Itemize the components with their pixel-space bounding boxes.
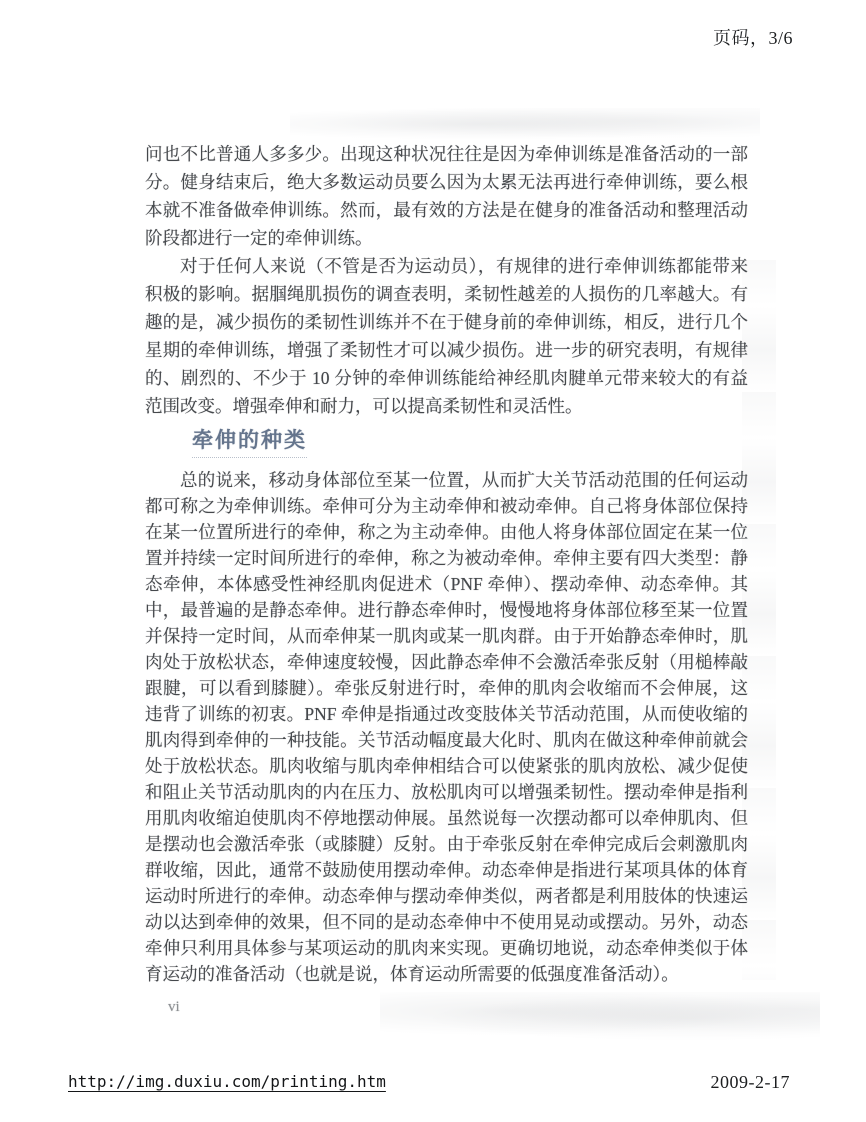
- text-line: 积极的影响。据腘绳肌损伤的调查表明，柔韧性越差的人损伤的几率越大。有: [145, 280, 748, 308]
- scan-artifact: [290, 108, 760, 140]
- text-line: 违背了训练的初衷。PNF 牵伸是指通过改变肢体关节活动范围，从而使收缩的: [145, 701, 748, 727]
- text-line: 对于任何人来说（不管是否为运动员），有规律的进行牵伸训练都能带来: [145, 252, 748, 280]
- section-heading-text: 牵伸的种类: [192, 425, 307, 458]
- text-line: 肌肉得到牵伸的一种技能。关节活动幅度最大化时、肌肉在做这种牵伸前就会: [145, 727, 748, 753]
- text-line: 并保持一定时间，从而牵伸某一肌肉或某一肌肉群。由于开始静态牵伸时，肌: [145, 623, 748, 649]
- text-line: 问也不比普通人多多少。出现这种状况往往是因为牵伸训练是准备活动的一部: [145, 140, 748, 168]
- text-line: 阶段都进行一定的牵伸训练。: [145, 224, 748, 252]
- text-line: 的、剧烈的、不少于 10 分钟的牵伸训练能给神经肌肉腱单元带来较大的有益: [145, 364, 748, 392]
- text-line: 总的说来，移动身体部位至某一位置，从而扩大关节活动范围的任何运动: [145, 467, 748, 493]
- text-line: 都可称之为牵伸训练。牵伸可分为主动牵伸和被动牵伸。自己将身体部位保持: [145, 493, 748, 519]
- text-line: 牵伸只利用具体参与某项运动的肌肉来实现。更确切地说，动态牵伸类似于体: [145, 935, 748, 961]
- paragraph: 问也不比普通人多多少。出现这种状况往往是因为牵伸训练是准备活动的一部分。健身结束…: [145, 140, 748, 252]
- page-header: 页码，3/6: [713, 24, 793, 50]
- text-line: 分。健身结束后，绝大多数运动员要么因为太累无法再进行牵伸训练，要么根: [145, 168, 748, 196]
- source-url-link[interactable]: http://img.duxiu.com/printing.htm: [68, 1072, 386, 1091]
- text-line: 是摆动也会激活牵张（或膝腱）反射。由于牵张反射在牵伸完成后会刺激肌肉: [145, 831, 748, 857]
- text-line: 肉处于放松状态，牵伸速度较慢，因此静态牵伸不会激活牵张反射（用槌棒敲: [145, 649, 748, 675]
- text-line: 在某一位置所进行的牵伸，称之为主动牵伸。由他人将身体部位固定在某一位: [145, 519, 748, 545]
- text-line: 育运动的准备活动（也就是说，体育运动所需要的低强度准备活动）。: [145, 961, 748, 987]
- text-line: 跟腱，可以看到膝腱）。牵张反射进行时，牵伸的肌肉会收缩而不会伸展，这: [145, 675, 748, 701]
- text-line: 态牵伸，本体感受性神经肌肉促进术（PNF 牵伸）、摆动牵伸、动态牵伸。其: [145, 571, 748, 597]
- text-line: 处于放松状态。肌肉收缩与肌肉牵伸相结合可以使紧张的肌肉放松、减少促使: [145, 753, 748, 779]
- text-line: 动以达到牵伸的效果，但不同的是动态牵伸中不使用晃动或摆动。另外，动态: [145, 909, 748, 935]
- scanned-page-text: 问也不比普通人多多少。出现这种状况往往是因为牵伸训练是准备活动的一部分。健身结束…: [145, 140, 748, 987]
- text-line: 置并持续一定时间所进行的牵伸，称之为被动牵伸。牵伸主要有四大类型：静: [145, 545, 748, 571]
- text-line: 和阻止关节活动肌肉的内在压力、放松肌肉可以增强柔韧性。摆动牵伸是指利: [145, 779, 748, 805]
- print-date: 2009-2-17: [711, 1072, 791, 1093]
- section-heading: 牵伸的种类: [192, 425, 748, 458]
- text-line: 趣的是，减少损伤的柔韧性训练并不在于健身前的牵伸训练，相反，进行几个: [145, 308, 748, 336]
- page-number-label: 页码，3/6: [713, 28, 793, 48]
- text-line: 星期的牵伸训练，增强了柔韧性才可以减少损伤。进一步的研究表明，有规律: [145, 336, 748, 364]
- text-line: 范围改变。增强牵伸和耐力，可以提高柔韧性和灵活性。: [145, 392, 748, 420]
- folio-number: vi: [168, 999, 180, 1016]
- text-line: 用肌肉收缩迫使肌肉不停地摆动伸展。虽然说每一次摆动都可以牵伸肌肉、但: [145, 805, 748, 831]
- text-line: 中，最普遍的是静态牵伸。进行静态牵伸时，慢慢地将身体部位移至某一位置: [145, 597, 748, 623]
- text-line: 群收缩，因此，通常不鼓励使用摆动牵伸。动态牵伸是指进行某项具体的体育: [145, 857, 748, 883]
- scan-artifact: [380, 992, 820, 1040]
- text-line: 本就不准备做牵伸训练。然而，最有效的方法是在健身的准备活动和整理活动: [145, 196, 748, 224]
- paragraph: 对于任何人来说（不管是否为运动员），有规律的进行牵伸训练都能带来积极的影响。据腘…: [145, 252, 748, 420]
- text-line: 运动时所进行的牵伸。动态牵伸与摆动牵伸类似，两者都是利用肢体的快速运: [145, 883, 748, 909]
- paragraph: 总的说来，移动身体部位至某一位置，从而扩大关节活动范围的任何运动都可称之为牵伸训…: [145, 467, 748, 987]
